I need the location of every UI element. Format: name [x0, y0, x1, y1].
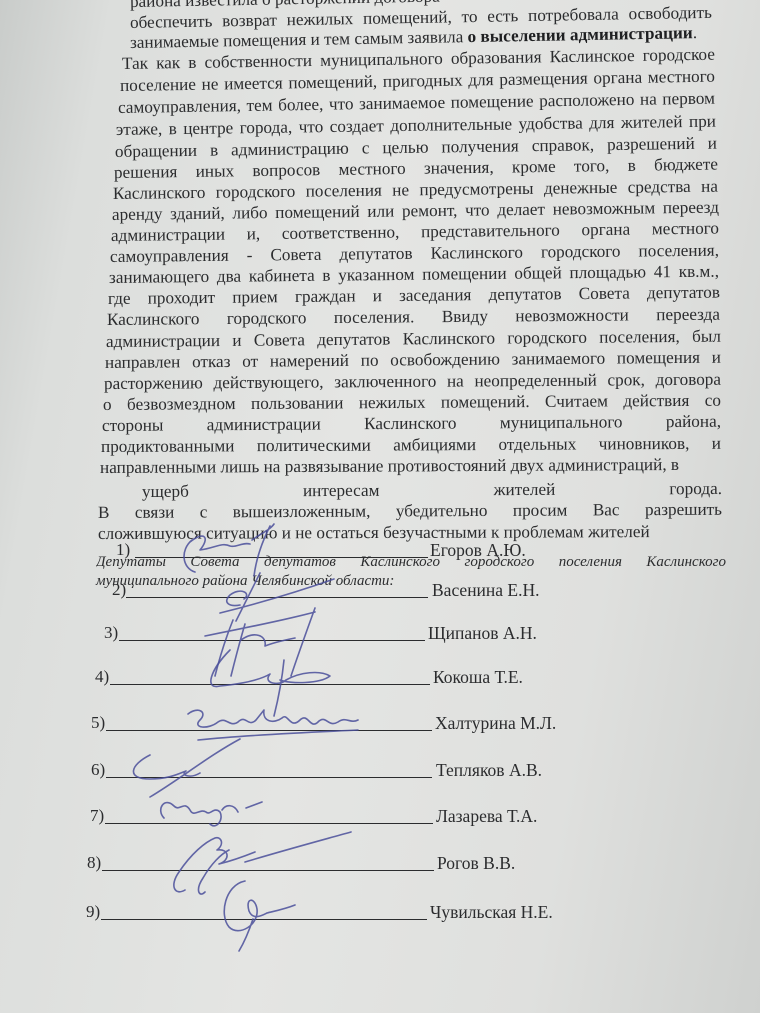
signature-row: 7) Лазарева Т.А. [0, 806, 760, 832]
signature-number: 1) [116, 540, 130, 560]
signature-line [106, 730, 432, 731]
signature-row: 5) Халтурина М.Л. [0, 713, 760, 739]
signatory-name: Егоров А.Ю. [430, 540, 526, 561]
signature-number: 6) [91, 760, 105, 780]
signatory-name: Чувильская Н.Е. [430, 902, 553, 923]
signature-number: 2) [112, 580, 126, 600]
signatory-name: Кокоша Т.Е. [433, 667, 523, 688]
signature-row: 9) Чувильская Н.Е. [0, 902, 760, 928]
body-line-text: . [693, 23, 698, 42]
signature-line [105, 823, 433, 824]
signature-number: 8) [87, 853, 101, 873]
emphasis-text: о выселении администрации [467, 23, 692, 46]
signature-line [101, 919, 427, 920]
signature-row: 8) Рогов В.В. [0, 853, 760, 879]
signature-line [110, 684, 430, 685]
signature-row: 1) Егоров А.Ю. [0, 540, 760, 566]
signature-line [135, 557, 428, 558]
signature-number: 3) [104, 623, 118, 643]
signature-row: 6) Тепляков А.В. [0, 760, 760, 786]
signature-number: 4) [95, 667, 109, 687]
signature-line [126, 597, 428, 598]
signatory-name: Васенина Е.Н. [432, 580, 540, 601]
document-page: района известила о расторжении договора … [0, 0, 760, 1013]
signature-line [102, 870, 434, 871]
signature-number: 5) [91, 713, 105, 733]
signature-line [106, 777, 432, 778]
signatory-name: Тепляков А.В. [436, 760, 542, 781]
signature-number: 9) [86, 902, 100, 922]
signature-number: 7) [90, 806, 104, 826]
signature-row: 3) Щипанов А.Н. [0, 623, 760, 649]
signatory-name: Халтурина М.Л. [435, 713, 556, 734]
body-line: направленными лишь на развязывание проти… [100, 455, 679, 478]
signature-line [119, 640, 425, 641]
signatory-name: Лазарева Т.А. [436, 806, 537, 827]
signatory-name: Рогов В.В. [437, 853, 515, 874]
signature-row: 4) Кокоша Т.Е. [0, 667, 760, 693]
signature-row: 2) Васенина Е.Н. [0, 580, 760, 606]
signatory-name: Щипанов А.Н. [428, 623, 537, 644]
